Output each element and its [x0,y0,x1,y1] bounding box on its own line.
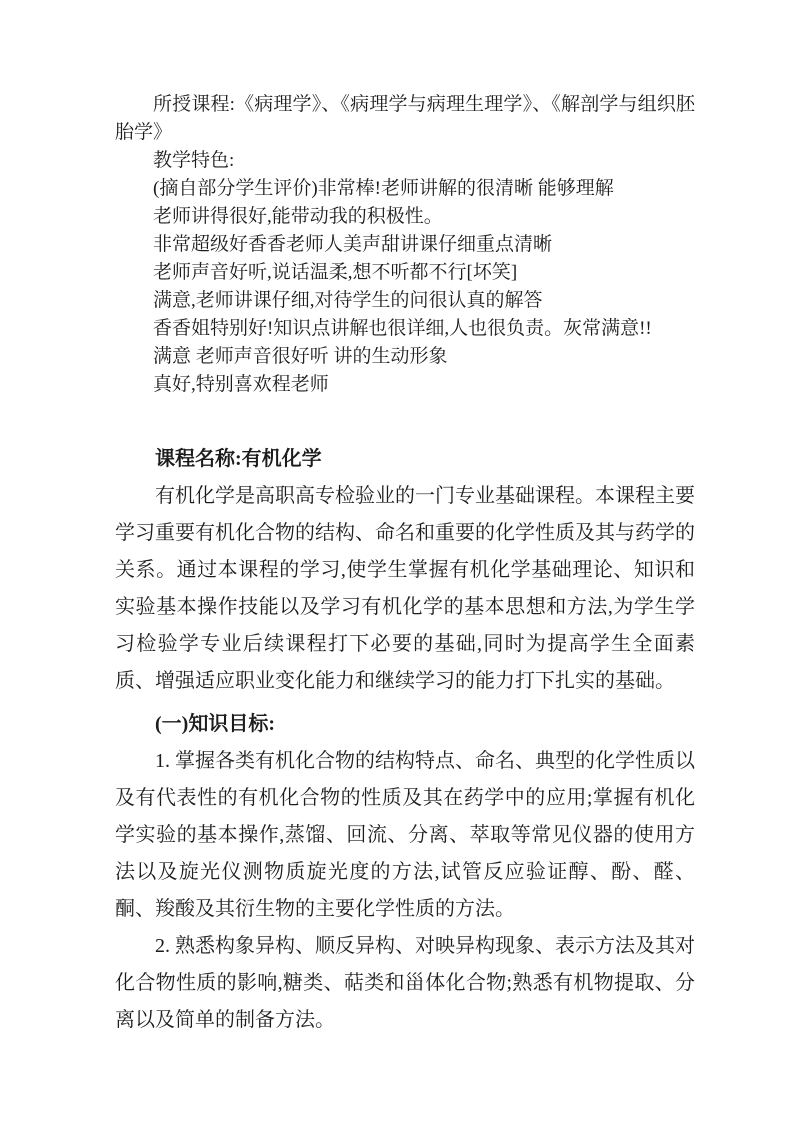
student-comment-3: 非常超级好香香老师人美声甜讲课仔细重点清晰 [115,231,695,259]
courses-taught-paragraph: 所授课程:《病理学》、《病理学与病理生理学》、《解剖学与组织胚胎学》 [115,91,695,147]
teacher-feedback-section: 所授课程:《病理学》、《病理学与病理生理学》、《解剖学与组织胚胎学》 教学特色:… [115,91,695,399]
course-name-heading: 课程名称:有机化学 [115,441,695,478]
teaching-features-label: 教学特色: [115,147,695,175]
student-comment-7: 满意 老师声音很好听 讲的生动形象 [115,343,695,371]
document-page: 所授课程:《病理学》、《病理学与病理生理学》、《解剖学与组织胚胎学》 教学特色:… [0,0,793,1122]
student-comment-2: 老师讲得很好,能带动我的积极性。 [115,203,695,231]
student-comment-5: 满意,老师讲课仔细,对待学生的问很认真的解答 [115,287,695,315]
student-comment-8: 真好,特别喜欢程老师 [115,371,695,399]
course-section: 课程名称:有机化学 有机化学是高职高专检验业的一门专业基础课程。本课程主要学习重… [115,441,695,1039]
objective-item-2: 2. 熟悉构象异构、顺反异构、对映异构现象、表示方法及其对化合物性质的影响,糖类… [115,928,695,1039]
student-comment-4: 老师声音好听,说话温柔,想不听都不行[坏笑] [115,259,695,287]
student-comment-6: 香香姐特别好!知识点讲解也很详细,人也很负责。灰常满意!! [115,315,695,343]
objective-item-1: 1. 掌握各类有机化合物的结构特点、命名、典型的化学性质以及有代表性的有机化合物… [115,743,695,928]
knowledge-objectives-heading: (一)知识目标: [115,706,695,743]
student-comment-1: (摘自部分学生评价)非常棒!老师讲解的很清晰 能够理解 [115,175,695,203]
course-intro-paragraph: 有机化学是高职高专检验业的一门专业基础课程。本课程主要学习重要有机化合物的结构、… [115,478,695,700]
